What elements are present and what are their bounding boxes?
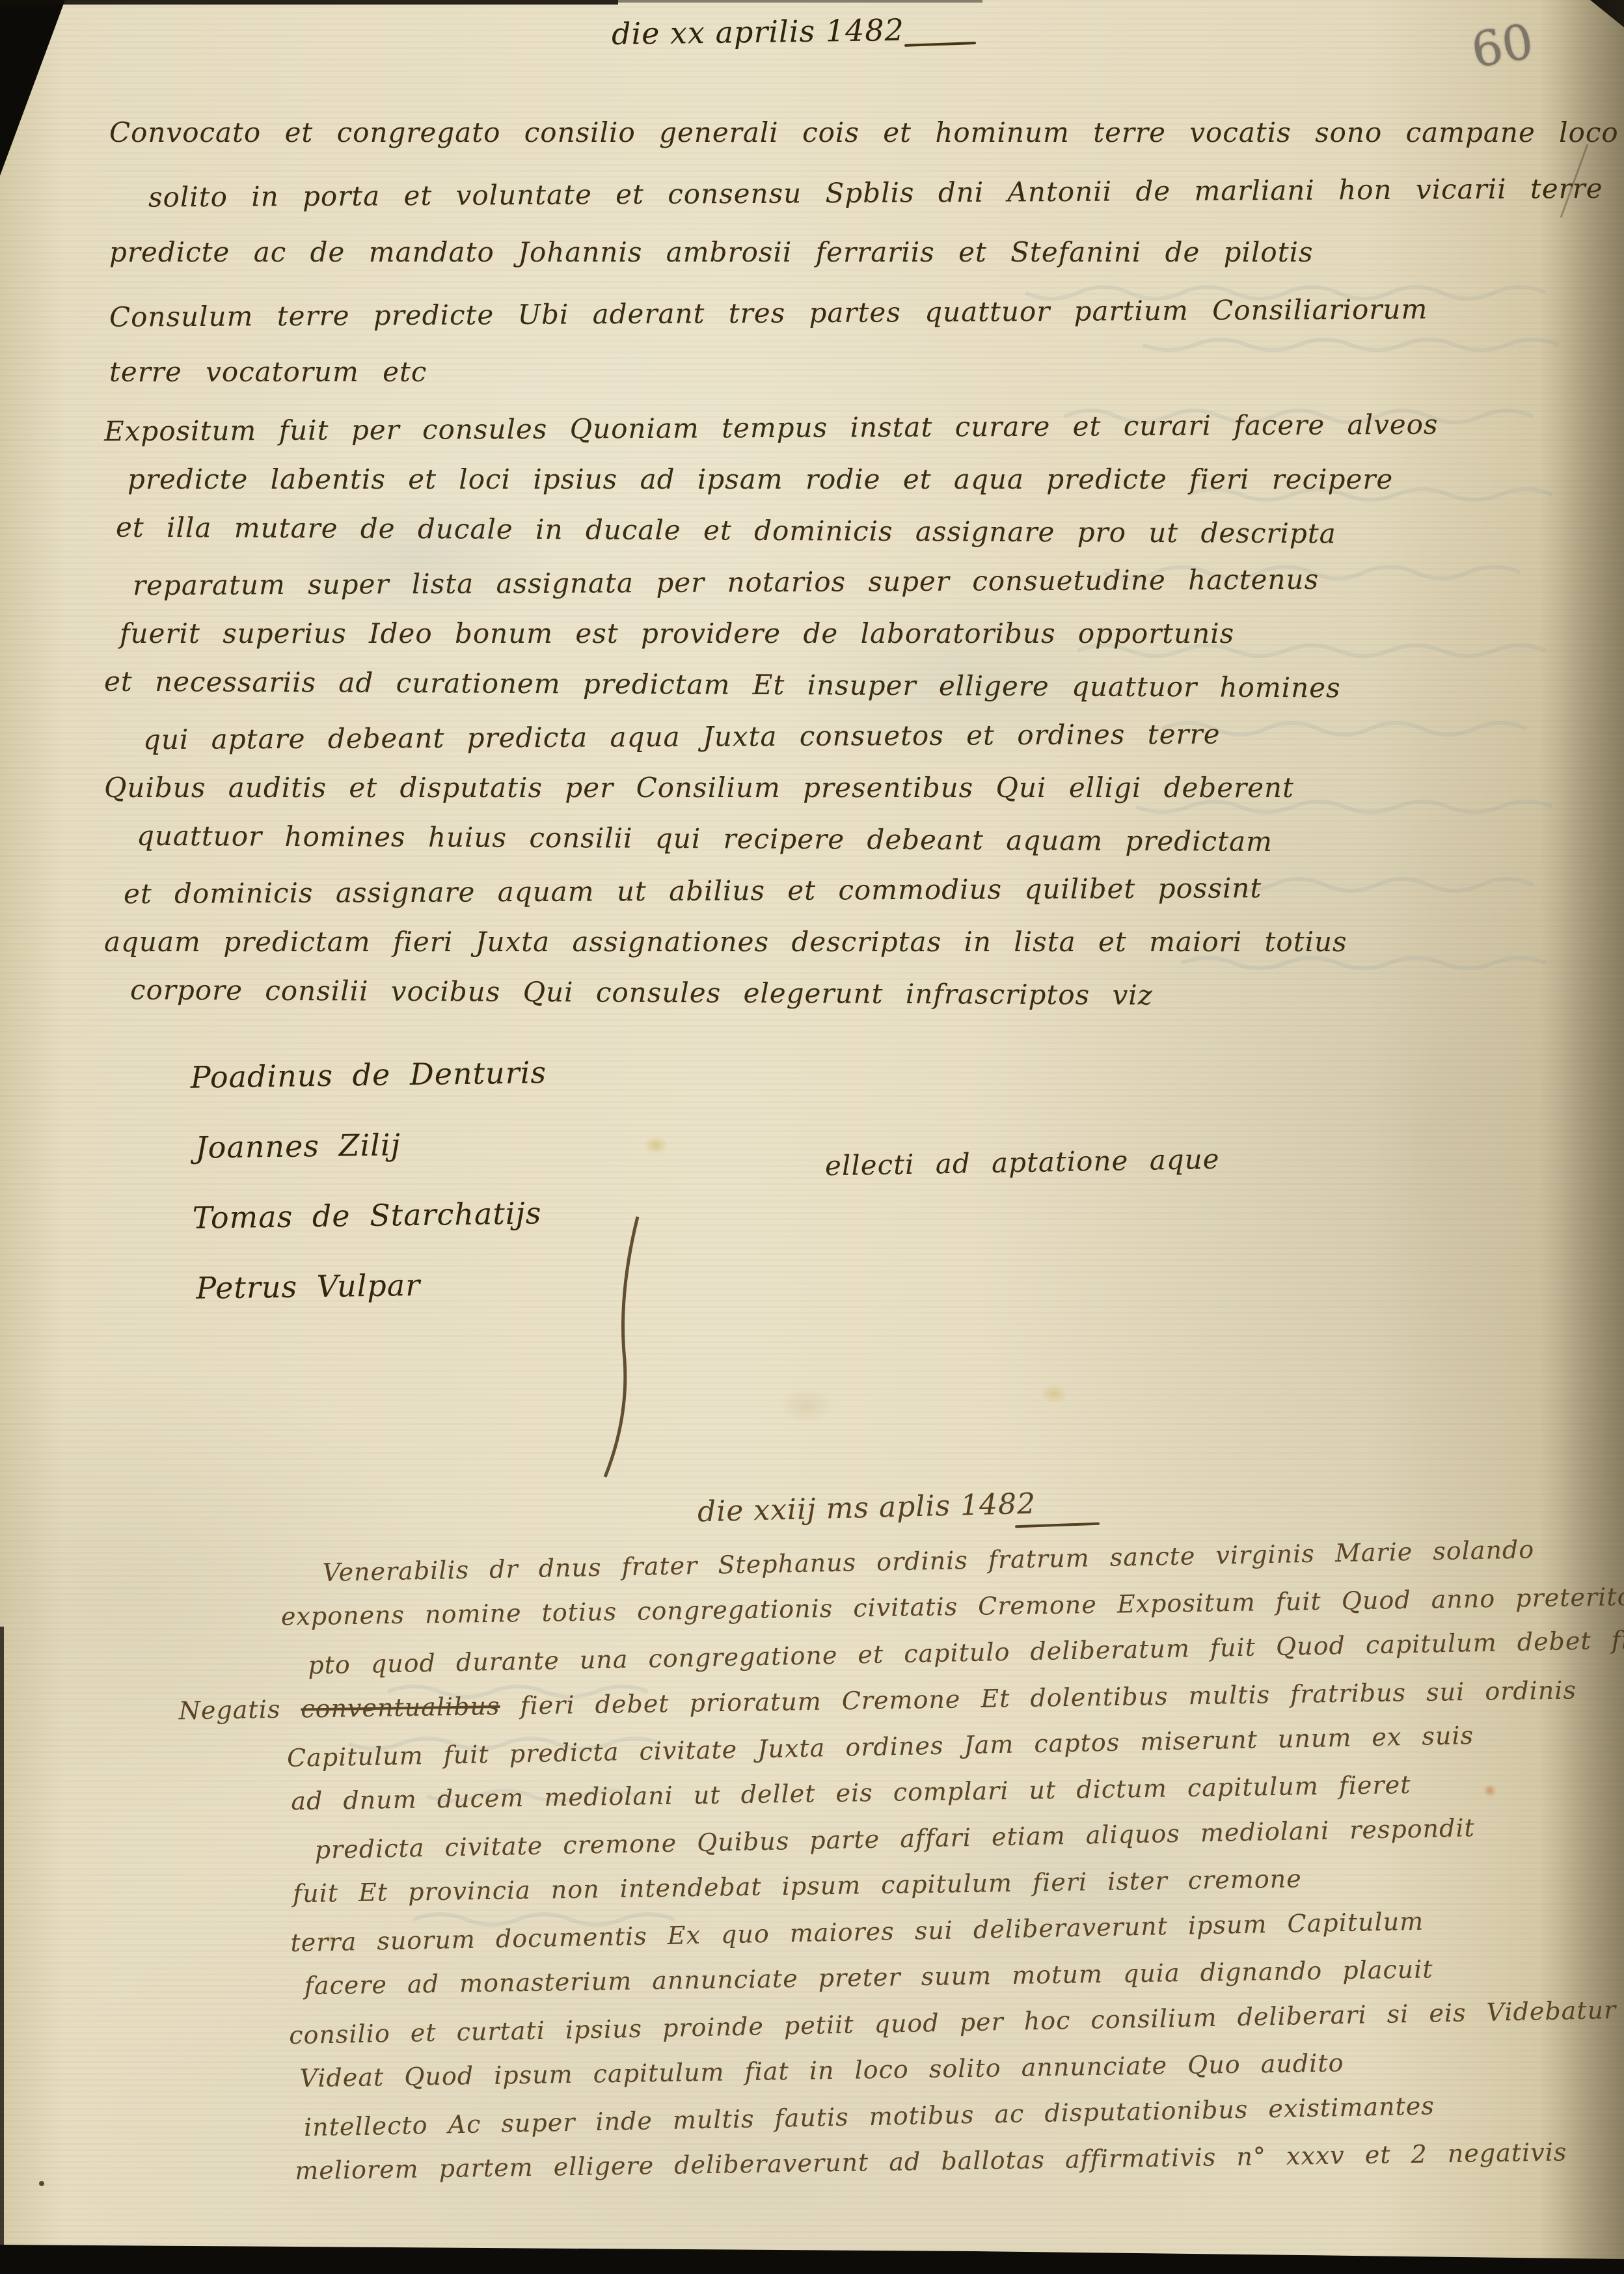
pen-flourish [586,1210,664,1483]
entry2-date-heading: die xxiij ms aplis 1482 [697,1487,1036,1529]
manuscript-line: Consulum terre predicte Ubi aderant tres… [109,277,1624,347]
entry2-paragraph: Venerabilis dr dnus frater Stephanus ord… [120,1524,1624,2200]
ink-blot [609,2253,623,2266]
entry1-body-paragraph: Expositum fuit per consules Quoniam temp… [104,402,1439,1019]
entry1-date-heading: die xx aprilis 1482 [612,12,905,51]
manuscript-line: qui aptare debeant predicta aqua Juxta c… [143,707,1439,765]
ink-speck [39,2181,44,2186]
manuscript-line: aquam predictam fieri Juxta assignatione… [104,916,1439,968]
pen-flourish [1015,1523,1100,1528]
folio-number: 60 [1467,13,1537,79]
manuscript-line: reparatum super lista assignata per nota… [133,553,1439,612]
photo-edge-top-left [0,0,65,176]
manuscript-line: predicte ac de mandato Johannis ambrosii… [109,223,1624,282]
pen-flourish [904,42,976,47]
manuscript-line: solito in porta et voluntate et consensu… [148,157,1624,227]
elected-name: Poadinus de Denturis [190,1037,547,1113]
manuscript-line: predicte labentis et loci ipsius ad ipsa… [128,453,1439,505]
elected-names-list: Poadinus de Denturis Joannes Zilij Tomas… [190,1037,550,1323]
elected-name: Joannes Zilij [195,1107,548,1183]
photo-edge-left [0,1627,4,2274]
line-rest: fieri debet prioratum Cremone Et dolenti… [520,1675,1577,1720]
margin-word: Negatis [178,1695,280,1725]
elected-name: Petrus Vulpar [196,1248,550,1323]
elected-note: ellecti ad aptatione aque [825,1143,1220,1182]
manuscript-line: corpore consilii vocibus Qui consules el… [130,964,1439,1023]
manuscript-line: et dominicis assignare aquam ut abilius … [124,861,1439,920]
photo-edge-top-right [1590,0,1624,27]
manuscript-line: et necessariis ad curationem predictam E… [104,656,1439,714]
manuscript-line: terre vocatorum etc [109,342,1624,402]
photo-edge-top [618,0,982,3]
struck-word: conventualibus [301,1692,500,1724]
manuscript-page: die xx aprilis 1482 60 Convocato et cong… [0,0,1624,2274]
manuscript-line: quattuor homines huius consilii qui reci… [137,810,1439,868]
photo-edge-bottom [0,2233,1624,2274]
photo-edge-top [0,0,618,5]
manuscript-line: fuerit superius Ideo bonum est providere… [120,608,1439,659]
elected-name: Tomas de Starchatijs [192,1178,549,1253]
manuscript-line: Expositum fuit per consules Quoniam temp… [104,399,1439,457]
manuscript-line: Convocato et congregato consilio general… [109,103,1624,163]
manuscript-line: Quibus auditis et disputatis per Consili… [104,762,1439,813]
entry1-intro-paragraph: Convocato et congregato consilio general… [109,103,1624,402]
manuscript-line: et illa mutare de ducale in ducale et do… [116,502,1439,560]
